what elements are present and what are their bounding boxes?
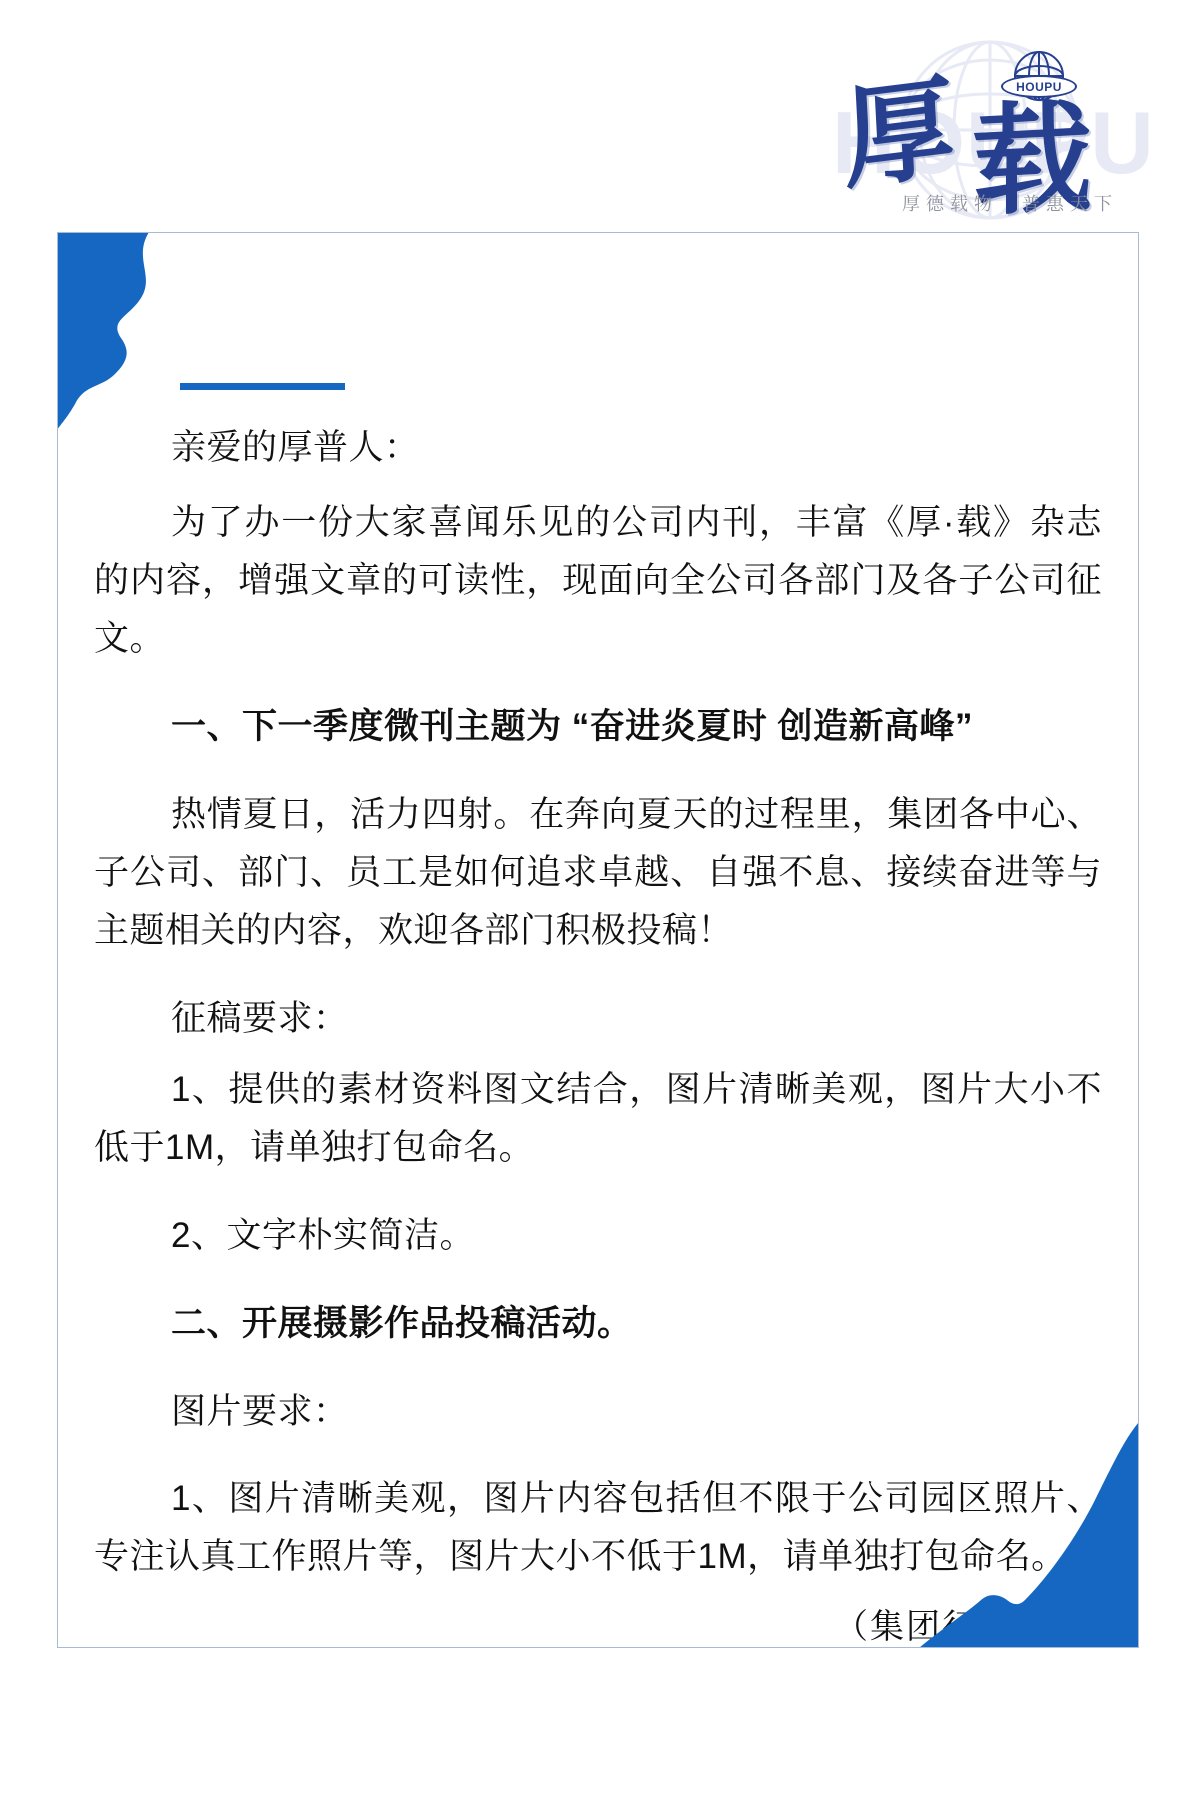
section-1-body: 热情夏日，活力四射。在奔向夏天的过程里，集团各中心、子公司、部门、员工是如何追求… — [94, 786, 1102, 960]
photo-requirement-item-1: 1、图片清晰美观，图片内容包括但不限于公司园区照片、专注认真工作照片等，图片大小… — [94, 1470, 1102, 1586]
section-1-heading: 一、下一季度微刊主题为 “奋进炎夏时 创造新高峰” — [94, 698, 1102, 756]
houpu-logo: HOUPU 厚 载 HOUPU 厚德载物 普惠天下 — [780, 30, 1160, 220]
photo-requirements-label: 图片要求： — [94, 1383, 1102, 1441]
requirements-label: 征稿要求： — [94, 990, 1102, 1048]
intro-paragraph: 为了办一份大家喜闻乐见的公司内刊，丰富《厚·载》杂志的内容，增强文章的可读性，现… — [94, 494, 1102, 668]
logo-tagline: 厚德载物 普惠天下 — [902, 190, 1118, 216]
houpu-globe-badge: HOUPU — [994, 48, 1084, 110]
houpu-badge-label: HOUPU — [1001, 75, 1077, 98]
section-2-heading: 二、开展摄影作品投稿活动。 — [94, 1295, 1102, 1353]
brand-character-hou: 厚 — [838, 37, 958, 212]
accent-bar — [180, 383, 345, 390]
requirement-item-2: 2、文字朴实简洁。 — [94, 1207, 1102, 1265]
letter-card: 亲爱的厚普人： 为了办一份大家喜闻乐见的公司内刊，丰富《厚·载》杂志的内容，增强… — [57, 232, 1139, 1648]
requirement-item-1: 1、提供的素材资料图文结合，图片清晰美观，图片大小不低于1M，请单独打包命名。 — [94, 1061, 1102, 1177]
salutation: 亲爱的厚普人： — [94, 419, 1102, 477]
signature: （集团行政部） — [94, 1598, 1102, 1648]
letter-page: HOUPU 厚 载 HOUPU 厚德载物 普惠天下 亲爱 — [0, 0, 1200, 1800]
corner-wave-top-left — [57, 232, 167, 442]
